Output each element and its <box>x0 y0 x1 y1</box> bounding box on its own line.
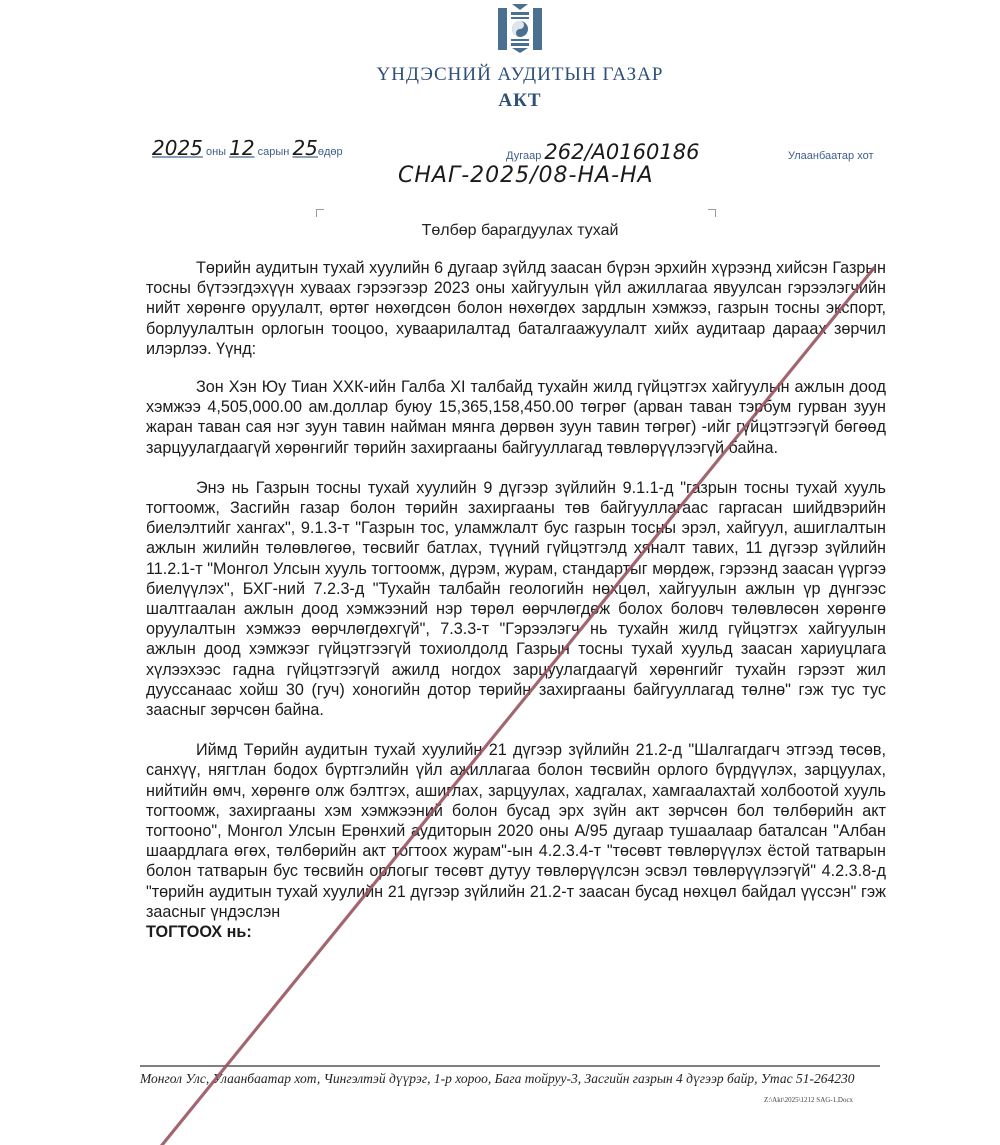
document-reference: СНАГ-2025/08-НА-НА <box>398 163 654 188</box>
document-number: Дугаар 262/А0160186 <box>506 140 699 164</box>
day-label: өдөр <box>318 146 343 158</box>
number-value: 262/А0160186 <box>544 140 699 164</box>
month-label: сарын <box>258 146 290 158</box>
number-label: Дугаар <box>506 150 541 162</box>
footer-address: Монгол Улс, Улаанбаатар хот, Чингэлтэй д… <box>140 1070 880 1087</box>
footer-divider <box>140 1065 880 1067</box>
paragraph-grounds: Иймд Төрийн аудитын тухай хуулийн 21 дүг… <box>146 740 886 922</box>
document-subject: Төлбөр барагдуулах тухай <box>0 222 1000 240</box>
date-day: 25 <box>292 136 317 160</box>
date-year: 2025 <box>152 136 203 160</box>
reference-value: СНАГ-2025/08-НА-НА <box>398 163 654 188</box>
resolve-heading: ТОГТООХ нь: <box>146 922 886 942</box>
paragraph-legal-basis: Энэ нь Газрын тосны тухай хуулийн 9 дүгэ… <box>146 478 886 720</box>
document-type: АКТ <box>0 90 1000 112</box>
corner-mark-left <box>316 209 324 217</box>
organization-name: ҮНДЭСНИЙ АУДИТЫН ГАЗАР <box>0 64 1000 86</box>
document-body: Төрийн аудитын тухай хуулийн 6 дугаар зү… <box>146 258 886 942</box>
date-month: 12 <box>229 136 254 160</box>
file-reference: Z:\Akt\2025\1212 SAG-1.Docx <box>764 1096 853 1104</box>
year-label: оны <box>206 146 226 158</box>
city: Улаанбаатар хот <box>788 150 874 162</box>
corner-mark-right <box>708 209 716 217</box>
document-page: ҮНДЭСНИЙ АУДИТЫН ГАЗАР АКТ 2025 оны 12 с… <box>0 0 1000 1145</box>
document-date: 2025 оны 12 сарын 25өдөр <box>152 136 343 160</box>
paragraph-finding: Зон Хэн Юу Тиан ХХК-ийн Галба XI талбайд… <box>146 377 886 458</box>
paragraph-preamble: Төрийн аудитын тухай хуулийн 6 дугаар зү… <box>146 258 886 359</box>
soyombo-emblem-icon <box>496 2 544 54</box>
